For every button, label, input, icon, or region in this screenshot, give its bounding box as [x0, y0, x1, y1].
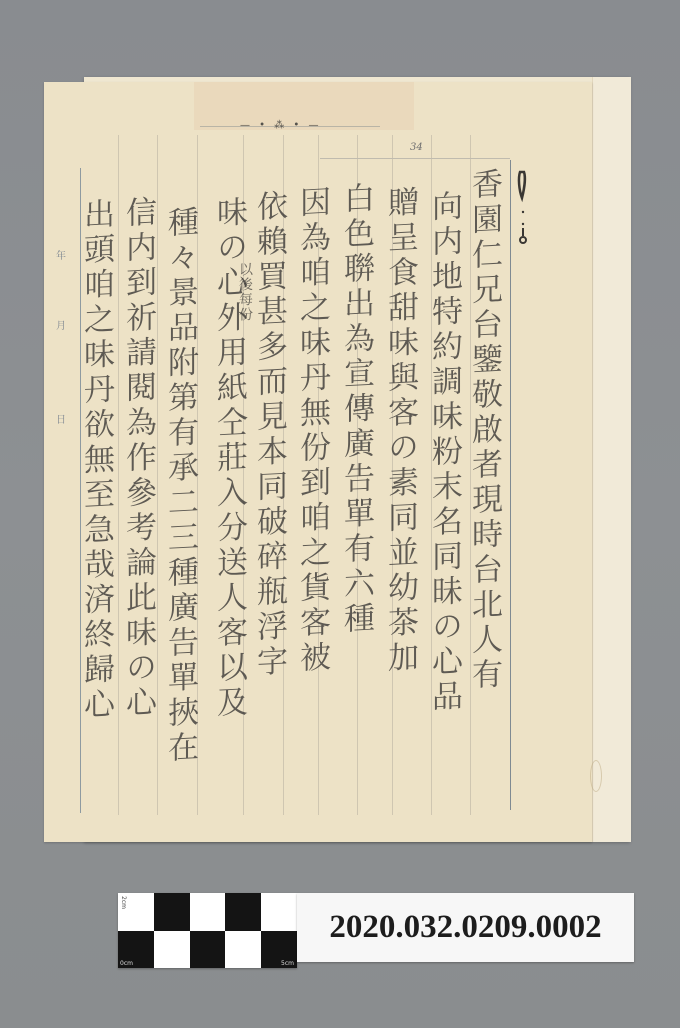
- letter-column-3: 贈呈食甜味與客の素同並幼茶加: [384, 185, 415, 677]
- paper-stain: [590, 760, 602, 792]
- scale-cell-white: [261, 893, 297, 931]
- letter-column-5: 因為咱之味丹無份到咱之貨客被: [296, 185, 327, 677]
- scale-cell-black: [225, 893, 261, 931]
- header-ornament: — • ⁂ • —: [240, 120, 322, 131]
- scale-bar: [118, 893, 297, 968]
- accession-number: 2020.032.0209.0002: [329, 909, 601, 946]
- margin-label-month: 月: [56, 317, 66, 332]
- second-sheet-edge: [592, 77, 631, 842]
- scale-left-label: 0cm: [120, 960, 133, 967]
- scale-right-label: 5cm: [281, 960, 294, 967]
- margin-label-year: 年: [56, 247, 66, 262]
- scale-cell-white: [190, 893, 226, 931]
- frame-top-rule: [320, 158, 510, 159]
- letter-column-10: 出頭咱之味丹欲無至急哉済終歸心: [80, 197, 111, 724]
- scale-cell-white: [225, 931, 261, 969]
- letter-column-6: 依賴買甚多而見本同破碎瓶浮字: [253, 189, 284, 681]
- frame-right-rule: [510, 160, 511, 810]
- letter-column-7: 味の心外用紙仝莊入分送人客以及: [213, 195, 244, 722]
- letter-column-1: 香園仁兄台鑒敬啟者現時台北人有: [468, 167, 499, 694]
- letter-column-8: 種々景品附第有承二三種廣告單挾在: [164, 205, 195, 767]
- margin-label-day: 日: [56, 411, 66, 426]
- scale-cell-black: [154, 893, 190, 931]
- letter-column-4: 白色聨出為宣傳廣告單有六種: [340, 181, 371, 638]
- accession-label: 2020.032.0209.0002: [297, 893, 634, 962]
- page-number-mark: 34: [410, 142, 423, 153]
- letter-column-9: 信内到祈請閱為作參考論此味の心: [122, 195, 153, 722]
- scale-cell-white: [154, 931, 190, 969]
- scale-cell-black: [190, 931, 226, 969]
- ruled-line: [157, 135, 158, 815]
- letter-column-2: 向内地特約調味粉末名同昧の心品: [428, 189, 459, 716]
- pen-mark-icon: [516, 168, 530, 252]
- scale-top-label: 2cm: [120, 896, 127, 909]
- ruled-line: [118, 135, 119, 815]
